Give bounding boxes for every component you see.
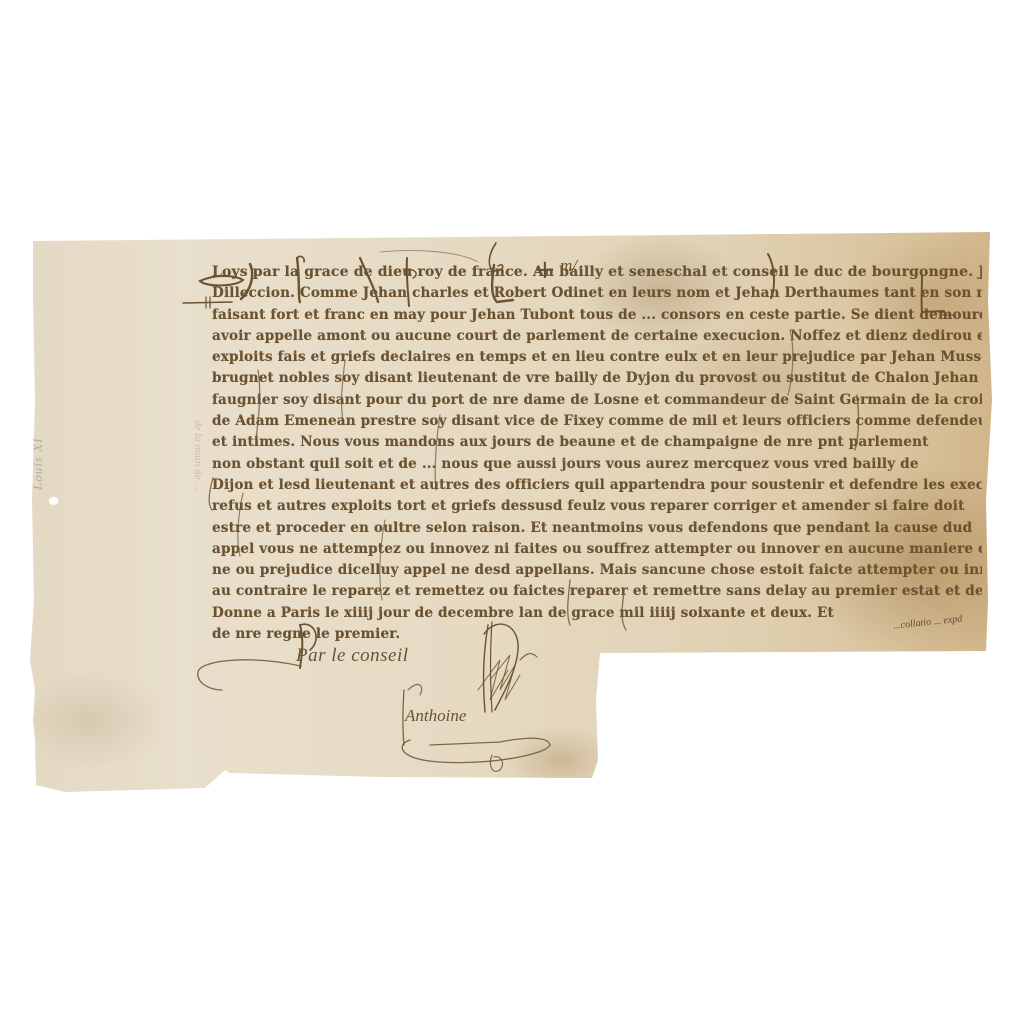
body-line: Loys par la grace de dieu roy de france.… <box>212 262 982 283</box>
body-line: et intimes. Nous vous mandons aux jours … <box>212 432 982 453</box>
body-line: avoir appelle amont ou aucune court de p… <box>212 326 982 347</box>
letter-body: Loys par la grace de dieu roy de france.… <box>212 262 982 645</box>
body-line: Dijon et lesd lieutenant et autres des o… <box>212 475 982 496</box>
margin-pencil-note: Louis XI <box>30 438 46 490</box>
body-line: estre et proceder en oultre selon raison… <box>212 518 982 539</box>
body-line: exploits fais et griefs declaires en tem… <box>212 347 982 368</box>
body-line: de nre regne le premier. <box>212 624 982 645</box>
body-line: brugnet nobles soy disant lieutenant de … <box>212 368 982 389</box>
body-line: Donne a Paris le xiiij jour de decembre … <box>212 603 982 624</box>
body-line: Dilleccion. Comme Jehan charles et Rober… <box>212 283 982 304</box>
margin-faint-note: de la main de ... <box>192 420 204 491</box>
secretary-signature: Anthoine <box>405 706 466 726</box>
body-line: faugnier soy disant pour du port de nre … <box>212 390 982 411</box>
body-line: de Adam Emenean prestre soy disant vice … <box>212 411 982 432</box>
body-line: appel vous ne attemptez ou innovez ni fa… <box>212 539 982 560</box>
subscription-par-le-conseil: Par le conseil <box>296 645 409 667</box>
body-line: ne ou prejudice dicelluy appel ne desd a… <box>212 560 982 581</box>
body-line: refus et autres exploits tort et griefs … <box>212 496 982 517</box>
body-line: faisant fort et franc en may pour Jehan … <box>212 305 982 326</box>
body-line: au contraire le reparez et remettez ou f… <box>212 581 982 602</box>
body-line: non obstant quil soit et de ... nous que… <box>212 454 982 475</box>
